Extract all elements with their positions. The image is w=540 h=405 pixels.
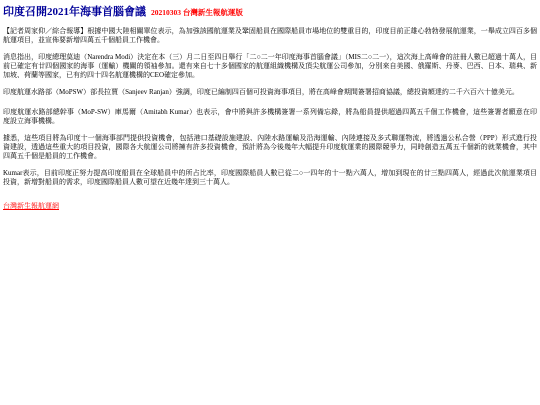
article-title: 印度召開2021年海事首腦會議 bbox=[3, 6, 146, 18]
article-paragraph-5: 據悉，這些項目將為印度十一個海事部門提供投資機會，包括港口基礎設施建設、內陸水路… bbox=[3, 134, 537, 161]
shipping-news-site-link[interactable]: 台灣新生報航運網 bbox=[3, 201, 59, 211]
article-paragraph-1: 【記者周家仰／綜合報導】根據中國大陸相關單位表示，為加強該國航運業及鞏固船員在國… bbox=[3, 27, 537, 45]
article-paragraph-2: 消息指出，印度總理莫迪（Narendra Modi）決定在本（三）月二日至四日舉… bbox=[3, 53, 537, 80]
article-header: 印度召開2021年海事首腦會議20210303 台灣新生報航運版 bbox=[3, 2, 537, 20]
article-paragraph-3: 印度航運水路部（MoPSW）部長拉賈（Sanjeev Ranjan）強調，印度已… bbox=[3, 88, 537, 97]
article-edition-label: 20210303 台灣新生報航運版 bbox=[151, 8, 243, 17]
article-paragraph-4: 印度航運水路部總幹事（MoP-SW）庫馬爾（Amitabh Kumar）也表示，… bbox=[3, 108, 537, 126]
article-paragraph-6: Kumar表示，目前印度正努力提高印度船員在全球船員中的所占比率，印度國際船員人… bbox=[3, 169, 537, 187]
news-article-page: 印度召開2021年海事首腦會議20210303 台灣新生報航運版 【記者周家仰／… bbox=[0, 0, 540, 405]
